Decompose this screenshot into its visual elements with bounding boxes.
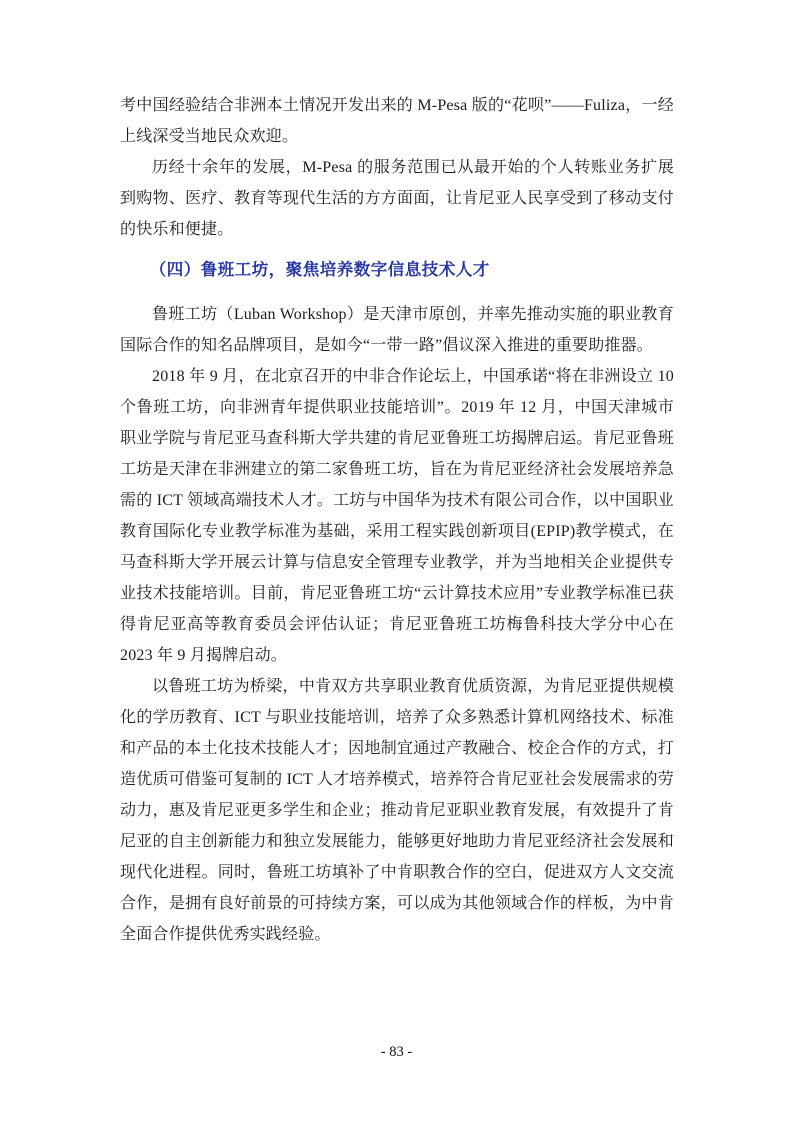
paragraph-luban-impact: 以鲁班工坊为桥梁，中肯双方共享职业教育优质资源，为肯尼亚提供规模化的学历教育、I… [120, 671, 674, 950]
section-heading-luban-workshop: （四）鲁班工坊，聚焦培养数字信息技术人才 [120, 255, 674, 286]
paragraph-luban-history: 2018 年 9 月，在北京召开的中非合作论坛上，中国承诺“将在非洲设立 10 … [120, 361, 674, 671]
paragraph-mpesa-development: 历经十余年的发展，M-Pesa 的服务范围已从最开始的个人转账业务扩展到购物、医… [120, 152, 674, 245]
paragraph-mpesa-fuliza: 考中国经验结合非洲本土情况开发出来的 M-Pesa 版的“花呗”——Fuliza… [120, 90, 674, 152]
document-body: 考中国经验结合非洲本土情况开发出来的 M-Pesa 版的“花呗”——Fuliza… [120, 90, 674, 950]
paragraph-luban-intro: 鲁班工坊（Luban Workshop）是天津市原创，并率先推动实施的职业教育国… [120, 299, 674, 361]
document-page: 考中国经验结合非洲本土情况开发出来的 M-Pesa 版的“花呗”——Fuliza… [0, 0, 793, 1122]
page-number: - 83 - [0, 1044, 793, 1061]
